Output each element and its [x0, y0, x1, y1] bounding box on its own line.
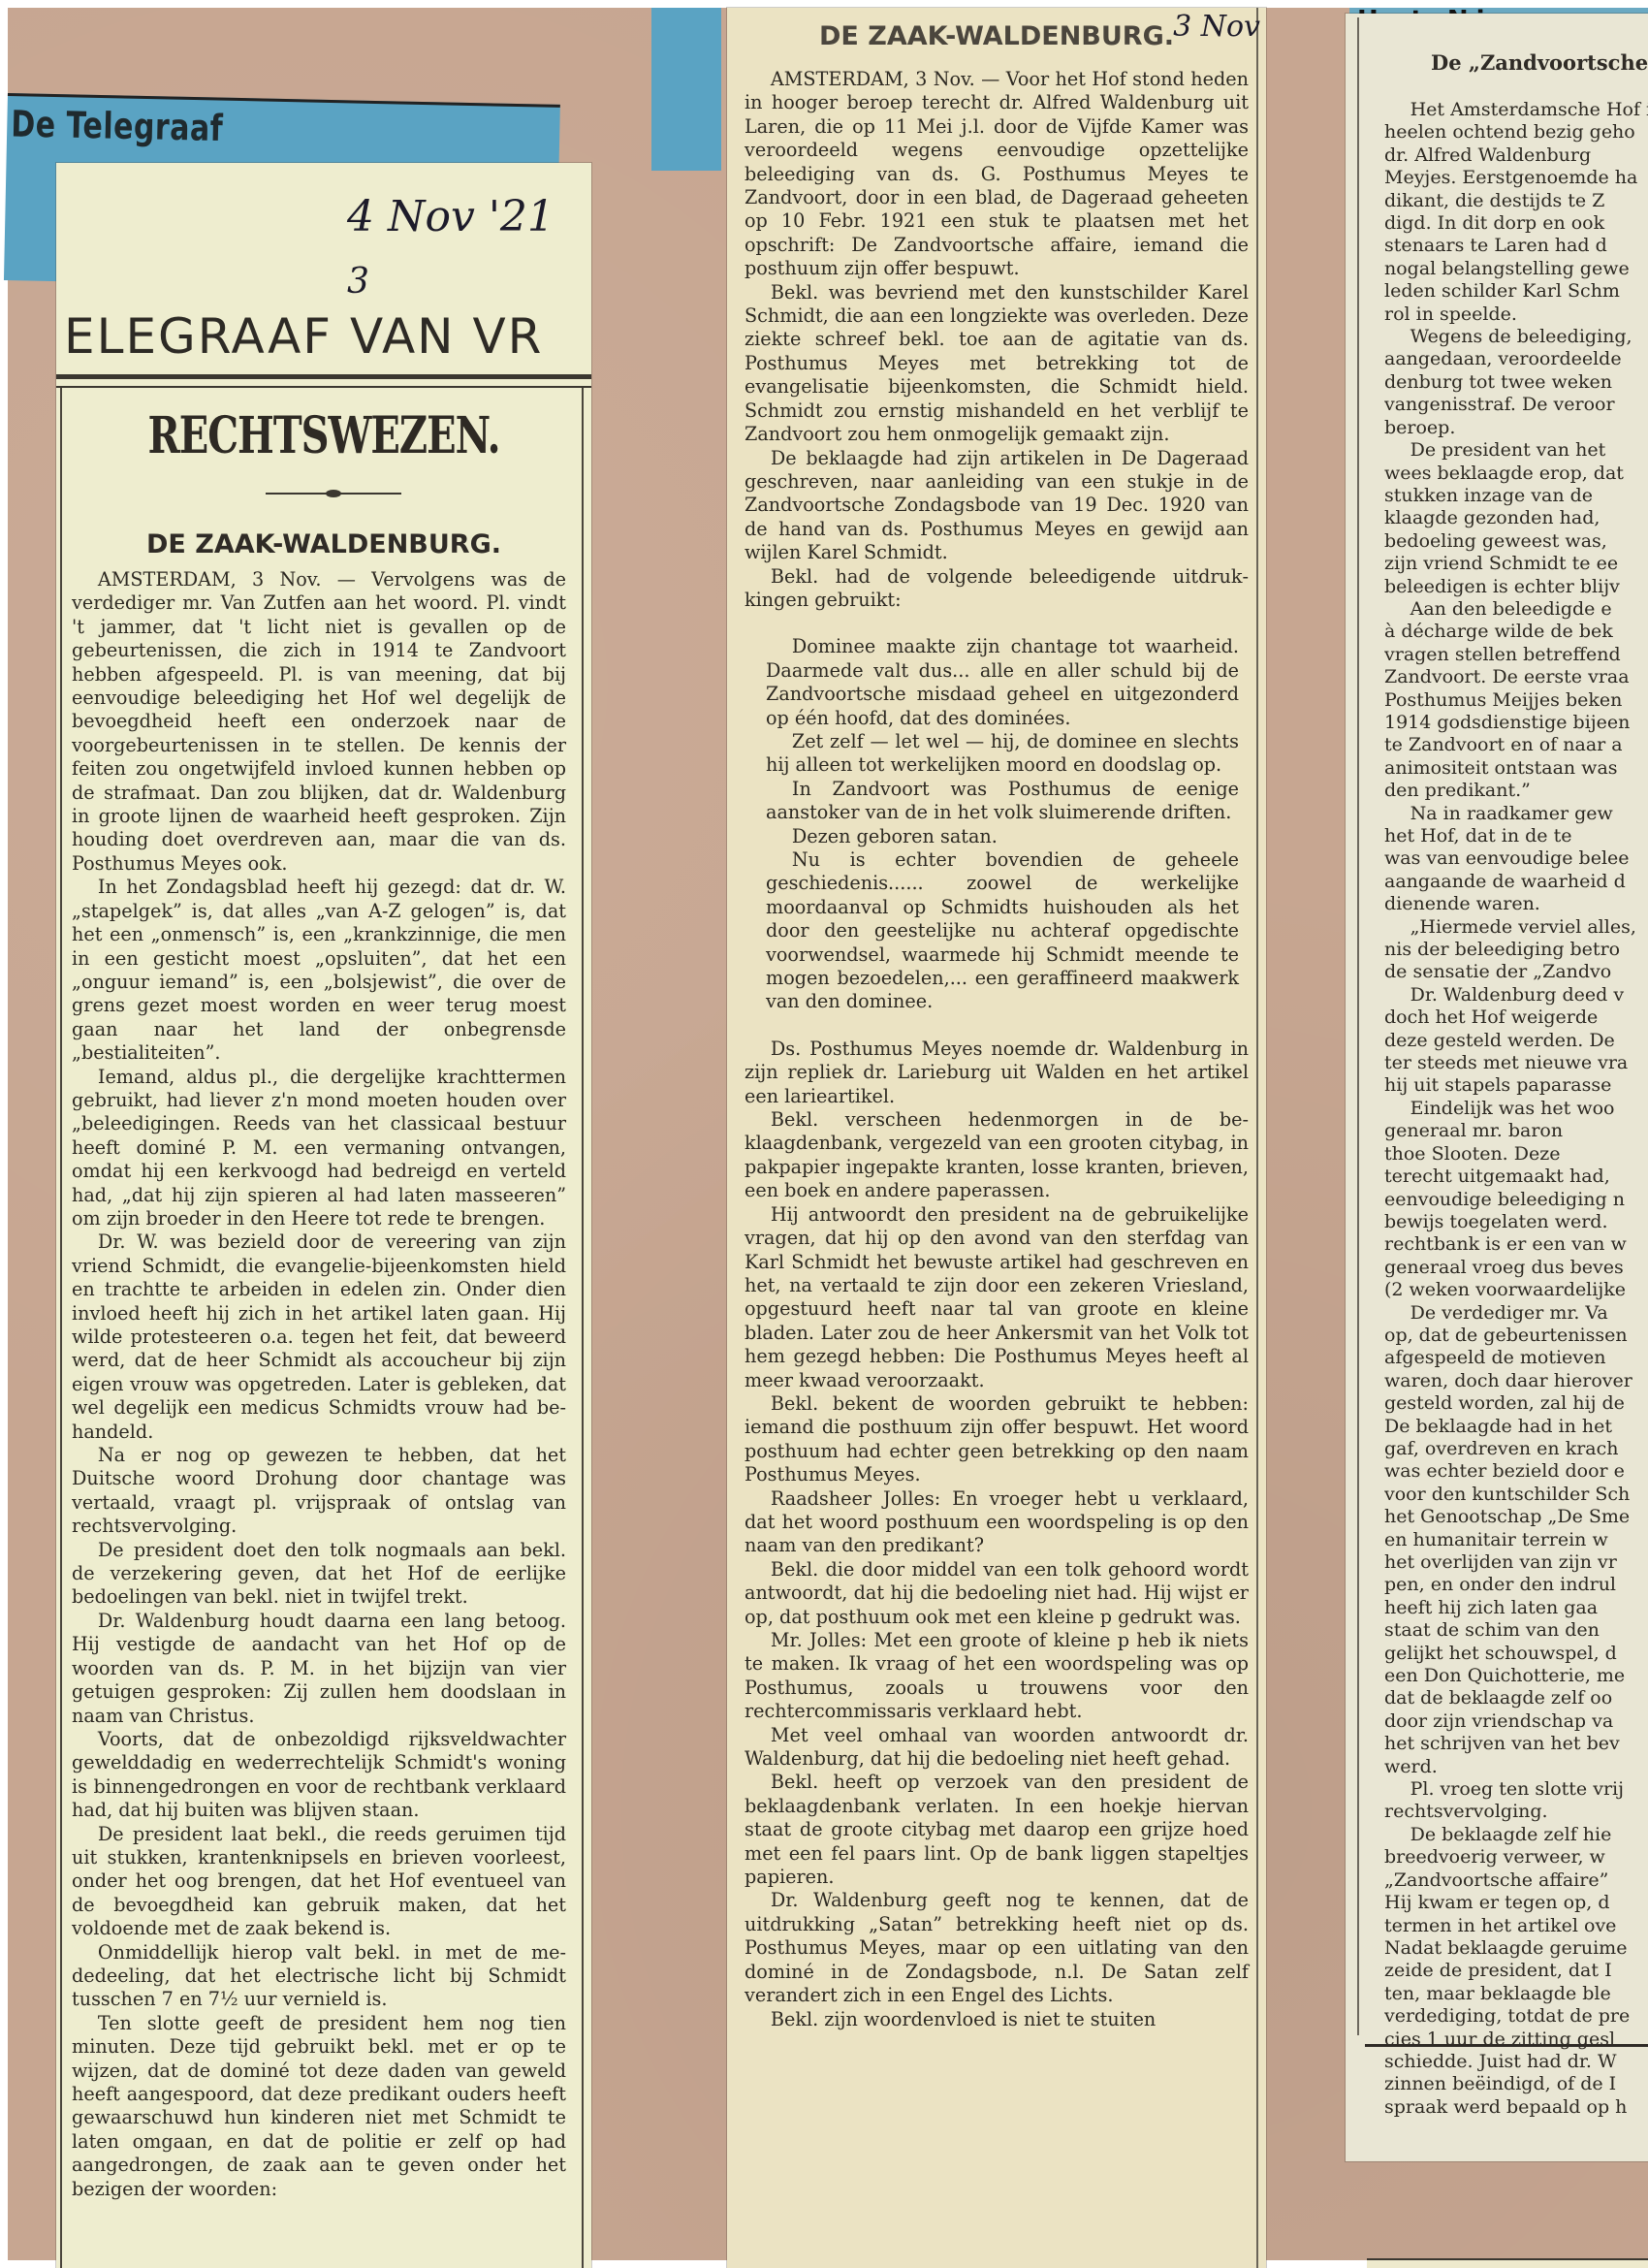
text-line: cies 1 uur de zitting gesl — [1384, 2028, 1648, 2051]
text-line: verdediging, totdat de pre — [1384, 2005, 1648, 2028]
paragraph: De president doet den tolk nogmaals aan … — [72, 1539, 566, 1610]
text-line: dienende waren. — [1384, 893, 1648, 915]
text-line: Na in raadkamer gew — [1384, 803, 1648, 825]
article-headline: DE ZAAK-WALDENBURG. — [56, 529, 591, 559]
article-headline: De „Zandvoortsche affaire”. — [1431, 50, 1648, 75]
text-line: Eindelijk was het woo — [1384, 1098, 1648, 1120]
text-line: gaf, overdreven en krach — [1384, 1438, 1648, 1460]
text-line: gesteld worden, zal hij de — [1384, 1392, 1648, 1415]
text-line: De president van het — [1384, 439, 1648, 462]
paragraph: Bekl. bekent de woorden gebruikt te hebb… — [745, 1392, 1249, 1487]
paragraph: Voorts, dat de onbezoldigd rijksveldwach… — [72, 1728, 566, 1823]
paragraph: De beklaagde had zijn artikelen in De Da… — [745, 447, 1249, 565]
text-line: het Genootschap „De Sme — [1384, 1506, 1648, 1528]
text-line: Hij kwam er tegen op, d — [1384, 1892, 1648, 1914]
text-line: generaal mr. baron — [1384, 1120, 1648, 1142]
text-line: 1914 godsdienstige bijeen — [1384, 712, 1648, 734]
paragraph: Mr. Jolles: Met een groote of kleine p h… — [745, 1629, 1249, 1724]
text-line: het Hof, dat in de te — [1384, 825, 1648, 847]
text-line: spraak werd bepaald op h — [1384, 2096, 1648, 2119]
text-line: heelen ochtend bezig geho — [1384, 121, 1648, 144]
text-line: stukken inzage van de — [1384, 485, 1648, 507]
text-line: en humanitair terrein w — [1384, 1529, 1648, 1551]
paragraph: In het Zondagsblad heeft hij gezegd: dat… — [72, 876, 566, 1065]
text-line: aangaande de waarheid d — [1384, 871, 1648, 893]
text-line: Pl. vroeg ten slotte vrij — [1384, 1778, 1648, 1801]
text-line: Nadat beklaagde geruime — [1384, 1937, 1648, 1960]
text-line: waren, doch daar hierover — [1384, 1370, 1648, 1392]
column-rule — [1357, 17, 1359, 2035]
quoted-paragraph: Dezen geboren satan. — [745, 825, 1249, 848]
text-line: dat de beklaagde zelf oo — [1384, 1687, 1648, 1709]
paragraph: Dr. W. was bezield door de vereering van… — [72, 1230, 566, 1444]
text-line: (2 weken voorwaardelijke — [1384, 1279, 1648, 1301]
text-line: zinnen beëindigd, of de I — [1384, 2073, 1648, 2095]
text-line: rol in speelde. — [1384, 303, 1648, 326]
paragraph: Met veel omhaal van woorden antwoordt dr… — [745, 1724, 1249, 1772]
article-body: Het Amsterdamsche Hof is denheelen ochte… — [1384, 99, 1648, 2119]
paragraph: De president laat bekl., die reeds gerui… — [72, 1823, 566, 1941]
text-line: staat de schim van den — [1384, 1619, 1648, 1642]
text-line: afgespeeld de motieven — [1384, 1347, 1648, 1369]
text-line: wees beklaagde erop, dat — [1384, 463, 1648, 485]
paragraph: Bekl. was bevriend met den kunstschilder… — [745, 281, 1249, 447]
paragraph: Ds. Posthumus Meyes noemde dr. Walden­bu… — [745, 1038, 1249, 1108]
text-line: doch het Hof weigerde — [1384, 1006, 1648, 1029]
text-line: ten, maar beklaagde ble — [1384, 1983, 1648, 2005]
paragraph: Iemand, aldus pl., die dergelijke kracht… — [72, 1066, 566, 1231]
paragraph: Bekl. had de volgende beleedigende uitdr… — [745, 565, 1249, 613]
paragraph: AMSTERDAM, 3 Nov. — Vervolgens was de ve… — [72, 568, 566, 876]
text-line: denburg tot twee weken — [1384, 371, 1648, 394]
paragraph: Bekl. die door middel van een tolk gehoo… — [745, 1558, 1249, 1629]
paragraph: Bekl. heeft op verzoek van den president… — [745, 1771, 1249, 1889]
text-line: den predikant.” — [1384, 780, 1648, 802]
end-rule — [1365, 2044, 1648, 2047]
text-line: leden schilder Karl Schm — [1384, 280, 1648, 303]
quoted-paragraph: In Zandvoort was Posthumus de eenige aan… — [745, 778, 1249, 825]
text-line: te Zandvoort en of naar a — [1384, 734, 1648, 756]
paragraph: Ten slotte geeft de president hem nog ti… — [72, 2012, 566, 2201]
article-headline: DE ZAAK-WALDENBURG. — [727, 21, 1266, 51]
text-line: animositeit ontstaan was — [1384, 757, 1648, 780]
paper-edge — [1367, 2258, 1648, 2268]
clipping-middle: 3 Nov DE ZAAK-WALDENBURG. AMSTERDAM, 3 N… — [727, 8, 1266, 2268]
text-line: schiedde. Juist had dr. W — [1384, 2051, 1648, 2073]
text-line: à décharge wilde de bek — [1384, 621, 1648, 643]
text-line: gelijkt het schouwspel, d — [1384, 1643, 1648, 1665]
text-line: vangenisstraf. De veroor — [1384, 394, 1648, 416]
masthead-rule — [56, 374, 591, 388]
paragraph: Dr. Waldenburg houdt daarna een lang be­… — [72, 1610, 566, 1728]
text-line: zeide de president, dat I — [1384, 1960, 1648, 1982]
text-line: rechtsvervolging. — [1384, 1801, 1648, 1823]
text-line: dikant, die destijds te Z — [1384, 190, 1648, 212]
text-line: De beklaagde zelf hie — [1384, 1824, 1648, 1846]
article-body: AMSTERDAM, 3 Nov. — Vervolgens was de ve… — [72, 568, 566, 2201]
text-line: een Don Quichotterie, me — [1384, 1665, 1648, 1687]
text-line: De beklaagde had in het — [1384, 1416, 1648, 1438]
section-title: RECHTSWEZEN. — [56, 406, 591, 465]
text-line: digd. In dit dorp en ook — [1384, 212, 1648, 235]
text-line: ter steeds met nieuwe vra — [1384, 1052, 1648, 1074]
column-rule — [1256, 8, 1258, 2268]
text-line: klaagde gezonden had, — [1384, 507, 1648, 529]
text-line: werd. — [1384, 1756, 1648, 1778]
text-line: nogal belangstelling gewe — [1384, 258, 1648, 280]
paragraph: Onmiddellijk hierop valt bekl. in met de… — [72, 1941, 566, 2012]
text-line: Wegens de beleediging, — [1384, 326, 1648, 348]
text-line: stenaars te Laren had d — [1384, 235, 1648, 257]
text-line: hij uit stapels paparasse — [1384, 1074, 1648, 1097]
text-line: breedvoerig verweer, w — [1384, 1846, 1648, 1869]
text-line: vragen stellen betreffend — [1384, 644, 1648, 666]
paragraph: Raadsheer Jolles: En vroeger hebt u verk… — [745, 1487, 1249, 1558]
text-line: Meyjes. Eerstgenoemde ha — [1384, 167, 1648, 189]
text-line: „Zandvoortsche affaire” — [1384, 1869, 1648, 1892]
text-line: Posthumus Meijjes beken — [1384, 689, 1648, 712]
text-line: was echter bezield door e — [1384, 1460, 1648, 1483]
text-line: Het Amsterdamsche Hof is den — [1384, 99, 1648, 121]
text-line: heeft hij zich laten gaa — [1384, 1597, 1648, 1619]
text-line: nis der beleediging betro — [1384, 939, 1648, 961]
text-line: bewijs toegelaten werd. — [1384, 1211, 1648, 1233]
quoted-paragraph: Dominee maakte zijn chantage tot waar­he… — [745, 635, 1249, 730]
text-line: deze gesteld werden. De — [1384, 1030, 1648, 1052]
text-line: voor den kuntschilder Sch — [1384, 1484, 1648, 1506]
text-line: bedoeling geweest was, — [1384, 530, 1648, 553]
text-line: pen, en onder den indrul — [1384, 1574, 1648, 1596]
paragraph: Na er nog op gewezen te hebben, dat het … — [72, 1444, 566, 1539]
handwritten-correction: 3 — [347, 262, 369, 302]
text-line: thoe Slooten. Deze — [1384, 1143, 1648, 1166]
text-line: was van eenvoudige belee — [1384, 847, 1648, 870]
clipping-right: De „Zandvoortsche affaire”. Het Amsterda… — [1346, 14, 1648, 2161]
text-line: beroep. — [1384, 417, 1648, 439]
text-line: het overlijden van zijn vr — [1384, 1551, 1648, 1574]
handwritten-date: 4 Nov '21 — [347, 192, 555, 241]
paragraph: Bekl. verscheen hedenmorgen in de be­kla… — [745, 1108, 1249, 1203]
ornament-divider — [266, 493, 401, 495]
text-line: dr. Alfred Waldenburg — [1384, 144, 1648, 167]
paragraph: AMSTERDAM, 3 Nov. — Voor het Hof stond h… — [745, 68, 1249, 281]
paragraph: Hij antwoordt den president na de gebrui… — [745, 1203, 1249, 1392]
blue-label-strip — [651, 8, 721, 171]
text-line: de sensatie der „Zandvo — [1384, 961, 1648, 983]
text-line: Dr. Waldenburg deed v — [1384, 984, 1648, 1006]
text-line: door zijn vriendschap va — [1384, 1710, 1648, 1733]
text-line: generaal vroeg dus beves — [1384, 1257, 1648, 1279]
text-line: eenvoudige beleediging n — [1384, 1189, 1648, 1211]
text-line: De verdediger mr. Va — [1384, 1302, 1648, 1325]
text-line: rechtbank is er een van w — [1384, 1233, 1648, 1256]
paragraph: Bekl. zijn woordenvloed is niet te stuit… — [745, 2008, 1249, 2031]
masthead-fragment: ELEGRAAF VAN VR — [64, 308, 587, 365]
text-line: Aan den beleedigde e — [1384, 598, 1648, 621]
clipping-telegraaf: 4 Nov '21 3 ELEGRAAF VAN VR RECHTSWEZEN.… — [56, 163, 591, 2268]
text-line: zijn vriend Schmidt te ee — [1384, 553, 1648, 575]
text-line: termen in het artikel ove — [1384, 1915, 1648, 1937]
text-line: het schrijven van het bev — [1384, 1733, 1648, 1755]
quoted-paragraph: Nu is echter bovendien de geheele geschi… — [745, 848, 1249, 1014]
text-line: „Hiermede verviel alles, — [1384, 916, 1648, 939]
quoted-paragraph: Zet zelf — let wel — hij, de dominee en … — [745, 730, 1249, 778]
newspaper-label: De Telegraaf — [11, 104, 224, 150]
article-body: AMSTERDAM, 3 Nov. — Voor het Hof stond h… — [745, 68, 1249, 2031]
text-line: aangedaan, veroordeelde — [1384, 348, 1648, 370]
text-line: beleedigen is echter blijv — [1384, 576, 1648, 598]
paragraph: Dr. Waldenburg geeft nog te kennen, dat … — [745, 1889, 1249, 2007]
text-line: op, dat de gebeurtenissen — [1384, 1325, 1648, 1347]
text-line: Zandvoort. De eerste vraa — [1384, 666, 1648, 688]
text-line: terecht uitgemaakt had, — [1384, 1166, 1648, 1188]
